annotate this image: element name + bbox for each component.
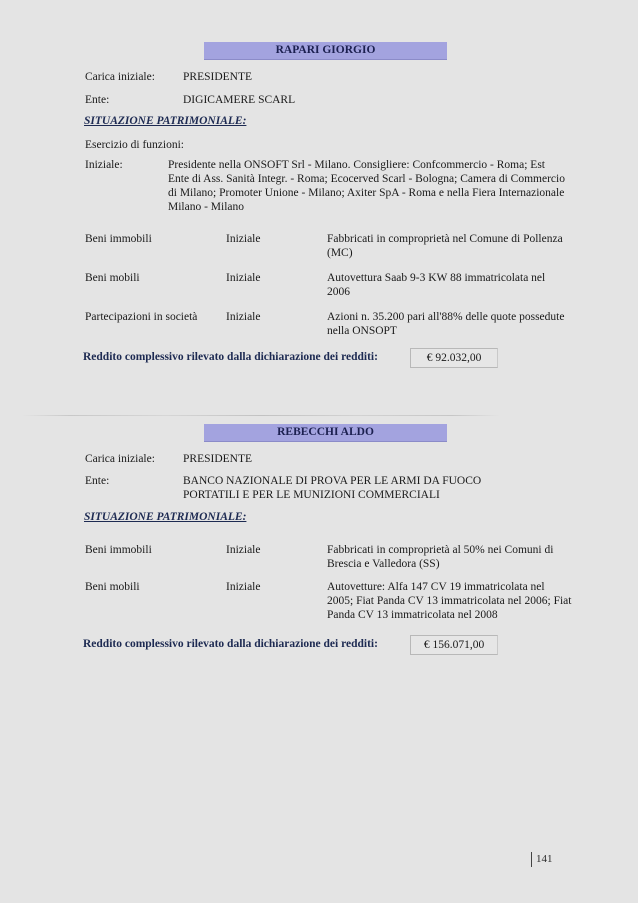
beni-phase: Iniziale: [226, 232, 260, 246]
beni-phase: Iniziale: [226, 310, 260, 324]
ente-value: DIGICAMERE SCARL: [183, 93, 295, 107]
beni-description: Fabbricati in comproprietà al 50% nei Co…: [327, 543, 572, 571]
beni-description: Autovettura Saab 9-3 KW 88 immatricolata…: [327, 271, 567, 299]
beni-category: Beni immobili: [85, 232, 152, 246]
iniziale-label: Iniziale:: [85, 158, 123, 172]
carica-label: Carica iniziale:: [85, 70, 155, 84]
ente-label: Ente:: [85, 93, 109, 107]
beni-description: Autovetture: Alfa 147 CV 19 immatricolat…: [327, 580, 572, 622]
beni-category: Beni mobili: [85, 580, 140, 594]
beni-phase: Iniziale: [226, 580, 260, 594]
carica-label: Carica iniziale:: [85, 452, 155, 466]
reddito-value: € 156.071,00: [410, 635, 498, 655]
carica-value: PRESIDENTE: [183, 452, 252, 466]
iniziale-value: Presidente nella ONSOFT Srl - Milano. Co…: [168, 158, 568, 214]
beni-category: Beni mobili: [85, 271, 140, 285]
person-name-banner: REBECCHI ALDO: [204, 424, 447, 442]
reddito-value: € 92.032,00: [410, 348, 498, 368]
esercizio-label: Esercizio di funzioni:: [85, 138, 184, 152]
page-number: 141: [531, 852, 553, 867]
beni-category: Beni immobili: [85, 543, 152, 557]
reddito-label: Reddito complessivo rilevato dalla dichi…: [83, 351, 378, 363]
beni-phase: Iniziale: [226, 271, 260, 285]
beni-description: Azioni n. 35.200 pari all'88% delle quot…: [327, 310, 567, 338]
section-divider: [22, 415, 500, 416]
carica-value: PRESIDENTE: [183, 70, 252, 84]
reddito-label: Reddito complessivo rilevato dalla dichi…: [83, 638, 378, 650]
ente-value: BANCO NAZIONALE DI PROVA PER LE ARMI DA …: [183, 474, 513, 502]
beni-phase: Iniziale: [226, 543, 260, 557]
person-name-banner: RAPARI GIORGIO: [204, 42, 447, 60]
beni-description: Fabbricati in comproprietà nel Comune di…: [327, 232, 567, 260]
beni-category: Partecipazioni in società: [85, 310, 197, 324]
ente-label: Ente:: [85, 474, 109, 488]
situazione-patrimoniale-title: SITUAZIONE PATRIMONIALE:: [84, 511, 246, 523]
situazione-patrimoniale-title: SITUAZIONE PATRIMONIALE:: [84, 115, 246, 127]
